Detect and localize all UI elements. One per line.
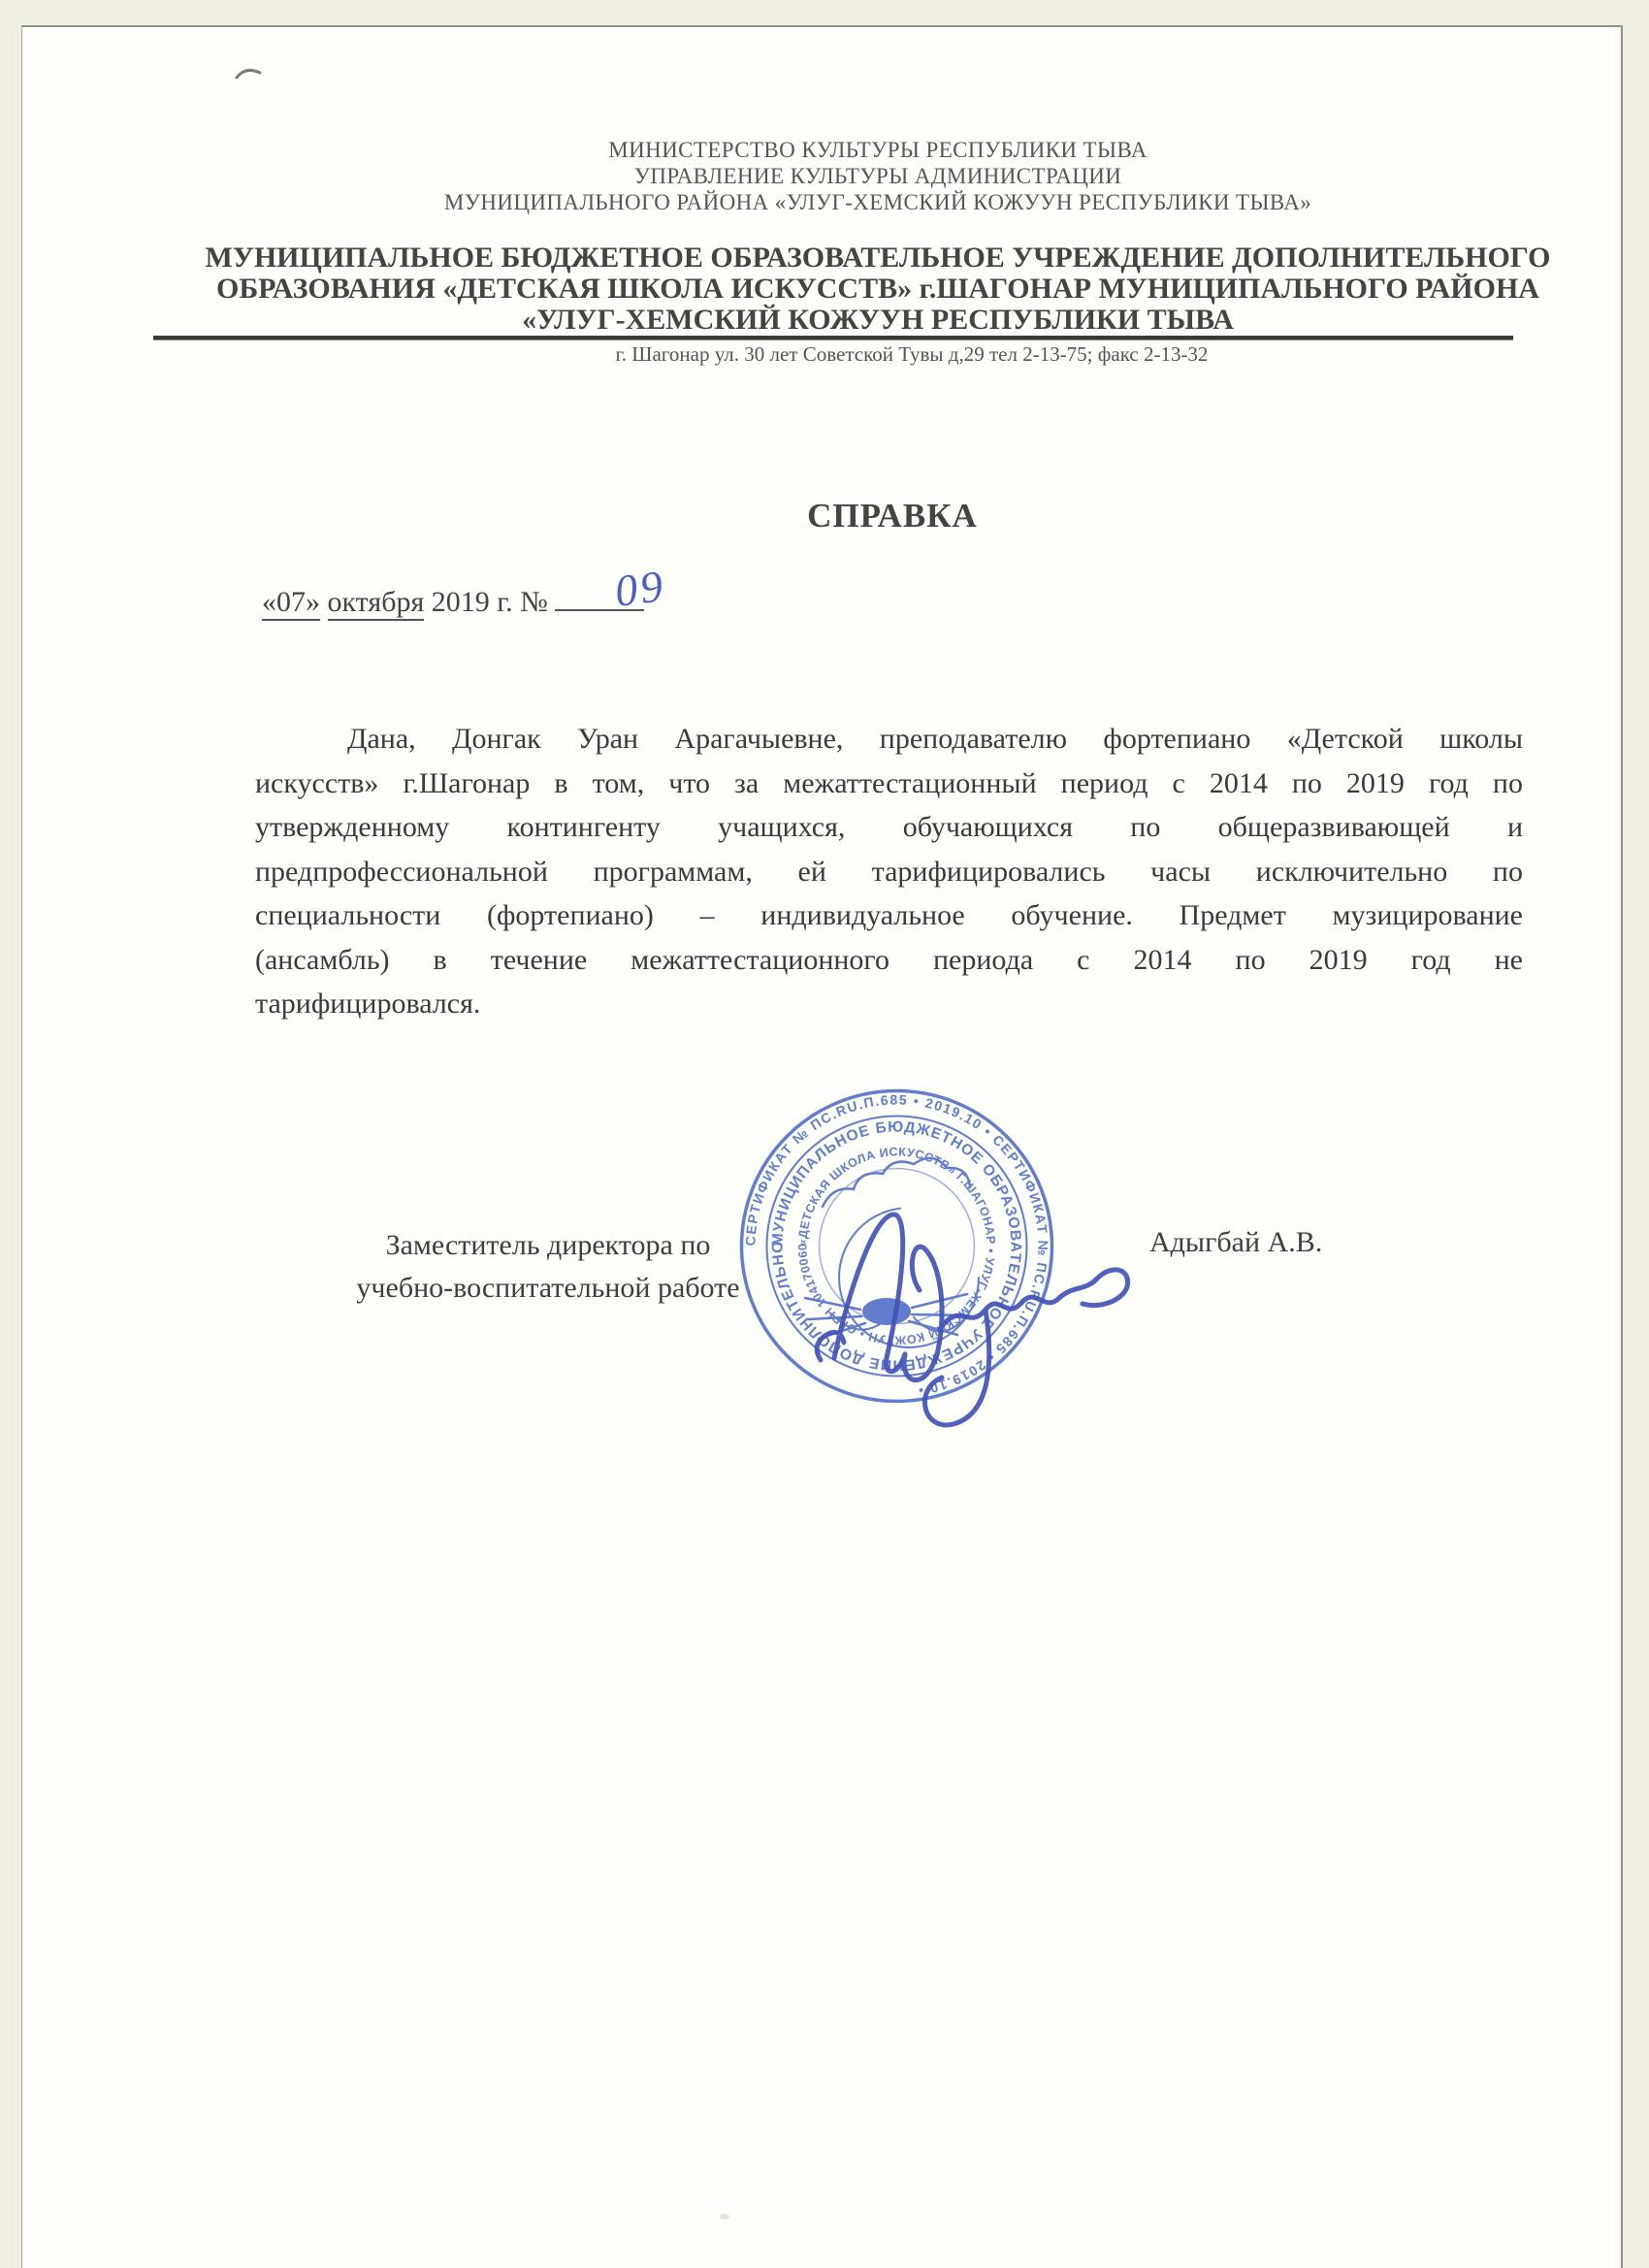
letterhead-address: г. Шагонар ул. 30 лет Советской Тувы д,2… — [155, 342, 1649, 367]
handwritten-signature — [805, 1174, 1154, 1436]
body-line-6: (ансамбль) в течение межаттестационного … — [255, 938, 1523, 983]
date-day: «07» — [262, 586, 320, 621]
signer-position: Заместитель директора по учебно-воспитат… — [318, 1224, 778, 1310]
handwritten-document-number: 09 — [612, 560, 668, 617]
body-line-1: Дана, Донгак Уран Арагачыевне, преподава… — [255, 717, 1523, 761]
date-year: 2019 г. — [432, 586, 513, 618]
ministry-line-1: МИНИСТЕРСТВО КУЛЬТУРЫ РЕСПУБЛИКИ ТЫВА — [107, 137, 1649, 163]
body-line-3: утвержденному контингенту учащихся, обуч… — [255, 805, 1523, 850]
date-line: «07» октября 2019 г. № — [262, 582, 644, 619]
date-month: октября — [328, 586, 425, 621]
body-paragraph: Дана, Донгак Уран Арагачыевне, преподава… — [255, 717, 1523, 1026]
ministry-line-2: УПРАВЛЕНИЕ КУЛЬТУРЫ АДМИНИСТРАЦИИ — [107, 163, 1649, 189]
signature-letter-a — [834, 1215, 905, 1372]
ministry-line-3: МУНИЦИПАЛЬНОГО РАЙОНА «УЛУГ-ХЕМСКИЙ КОЖУ… — [107, 189, 1649, 215]
signature-scrawl — [940, 1270, 1128, 1329]
body-line-7: тарифицировался. — [255, 982, 1523, 1026]
signature-tall-loop — [904, 1247, 942, 1379]
org-line-1: МУНИЦИПАЛЬНОЕ БЮДЖЕТНОЕ ОБРАЗОВАТЕЛЬНОЕ … — [107, 243, 1649, 274]
pen-squiggle-mark — [223, 54, 281, 93]
org-line-2: ОБРАЗОВАНИЯ «ДЕТСКАЯ ШКОЛА ИСКУССТВ» г.Ш… — [107, 274, 1649, 305]
body-line-5: специальности (фортепиано) – индивидуаль… — [255, 893, 1523, 938]
body-line-2: искусств» г.Шагонар в том, что за межатт… — [255, 761, 1523, 806]
signer-position-line-1: Заместитель директора по — [318, 1224, 778, 1267]
letterhead-organization: МУНИЦИПАЛЬНОЕ БЮДЖЕТНОЕ ОБРАЗОВАТЕЛЬНОЕ … — [107, 243, 1649, 336]
letterhead-divider-rule — [153, 336, 1513, 340]
number-sign: № — [520, 586, 548, 618]
org-line-3: «УЛУГ-ХЕМСКИЙ КОЖУУН РЕСПУБЛИКИ ТЫВА — [107, 305, 1649, 336]
scanned-document-page: МИНИСТЕРСТВО КУЛЬТУРЫ РЕСПУБЛИКИ ТЫВА УП… — [0, 0, 1649, 2268]
scan-speck — [720, 2214, 729, 2219]
document-title: СПРАВКА — [136, 497, 1649, 535]
letterhead-ministry: МИНИСТЕРСТВО КУЛЬТУРЫ РЕСПУБЛИКИ ТЫВА УП… — [107, 137, 1649, 215]
body-line-4: предпрофессиональной программам, ей тари… — [255, 850, 1523, 894]
signer-name: Адыгбай А.В. — [1149, 1226, 1322, 1259]
signature-descender-loop — [924, 1310, 988, 1425]
signer-position-line-2: учебно-воспитательной работе — [318, 1267, 778, 1310]
